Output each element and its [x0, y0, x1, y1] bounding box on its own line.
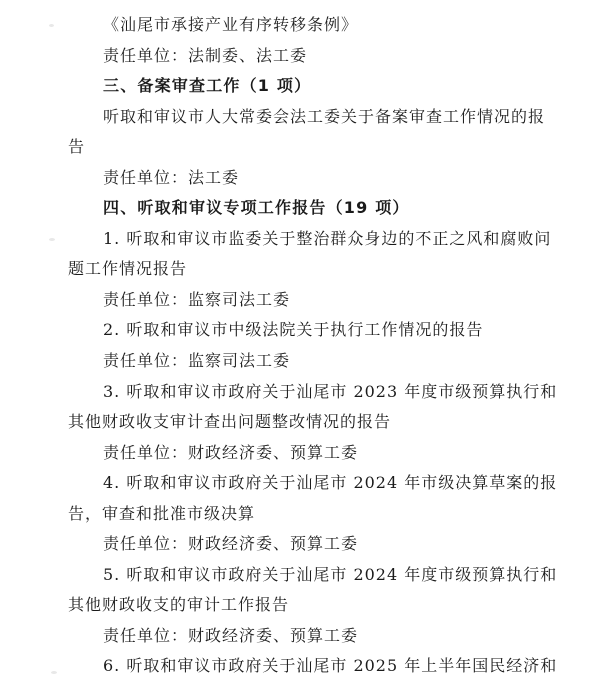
document-line: 5. 听取和审议市政府关于汕尾市 2024 年度市级预算执行和: [68, 560, 568, 591]
document-line: 其他财政收支的审计工作报告: [68, 590, 568, 621]
section-heading: 三、备案审查工作（1 项）: [68, 71, 568, 102]
document-line: 责任单位：监察司法工委: [68, 285, 568, 316]
document-line: 1. 听取和审议市监委关于整治群众身边的不正之风和腐败问: [68, 224, 568, 255]
document-line: 听取和审议市人大常委会法工委关于备案审查工作情况的报: [68, 102, 568, 133]
document-line: 题工作情况报告: [68, 254, 568, 285]
document-line: 6. 听取和审议市政府关于汕尾市 2025 年上半年国民经济和: [68, 651, 568, 682]
document-line: 告，审查和批准市级决算: [68, 499, 568, 530]
document-line: 3. 听取和审议市政府关于汕尾市 2023 年度市级预算执行和: [68, 377, 568, 408]
document-line: 责任单位：法工委: [68, 163, 568, 194]
document-line: 其他财政收支审计查出问题整改情况的报告: [68, 407, 568, 438]
document-line: 责任单位：监察司法工委: [68, 346, 568, 377]
document-line: 责任单位：财政经济委、预算工委: [68, 438, 568, 469]
document-line: 告: [68, 132, 568, 163]
scanned-document-page: 《汕尾市承接产业有序转移条例》责任单位：法制委、法工委三、备案审查工作（1 项）…: [0, 0, 600, 686]
document-line: 责任单位：法制委、法工委: [68, 41, 568, 72]
document-line: 责任单位：财政经济委、预算工委: [68, 621, 568, 652]
document-line: 责任单位：财政经济委、预算工委: [68, 529, 568, 560]
document-line: 4. 听取和审议市政府关于汕尾市 2024 年市级决算草案的报: [68, 468, 568, 499]
section-heading: 四、听取和审议专项工作报告（19 项）: [68, 193, 568, 224]
scan-artifact: [49, 24, 54, 27]
document-line: 《汕尾市承接产业有序转移条例》: [68, 10, 568, 41]
scan-artifact: [51, 671, 57, 674]
document-body: 《汕尾市承接产业有序转移条例》责任单位：法制委、法工委三、备案审查工作（1 项）…: [68, 10, 568, 682]
document-line: 2. 听取和审议市中级法院关于执行工作情况的报告: [68, 315, 568, 346]
scan-artifact: [49, 238, 55, 241]
